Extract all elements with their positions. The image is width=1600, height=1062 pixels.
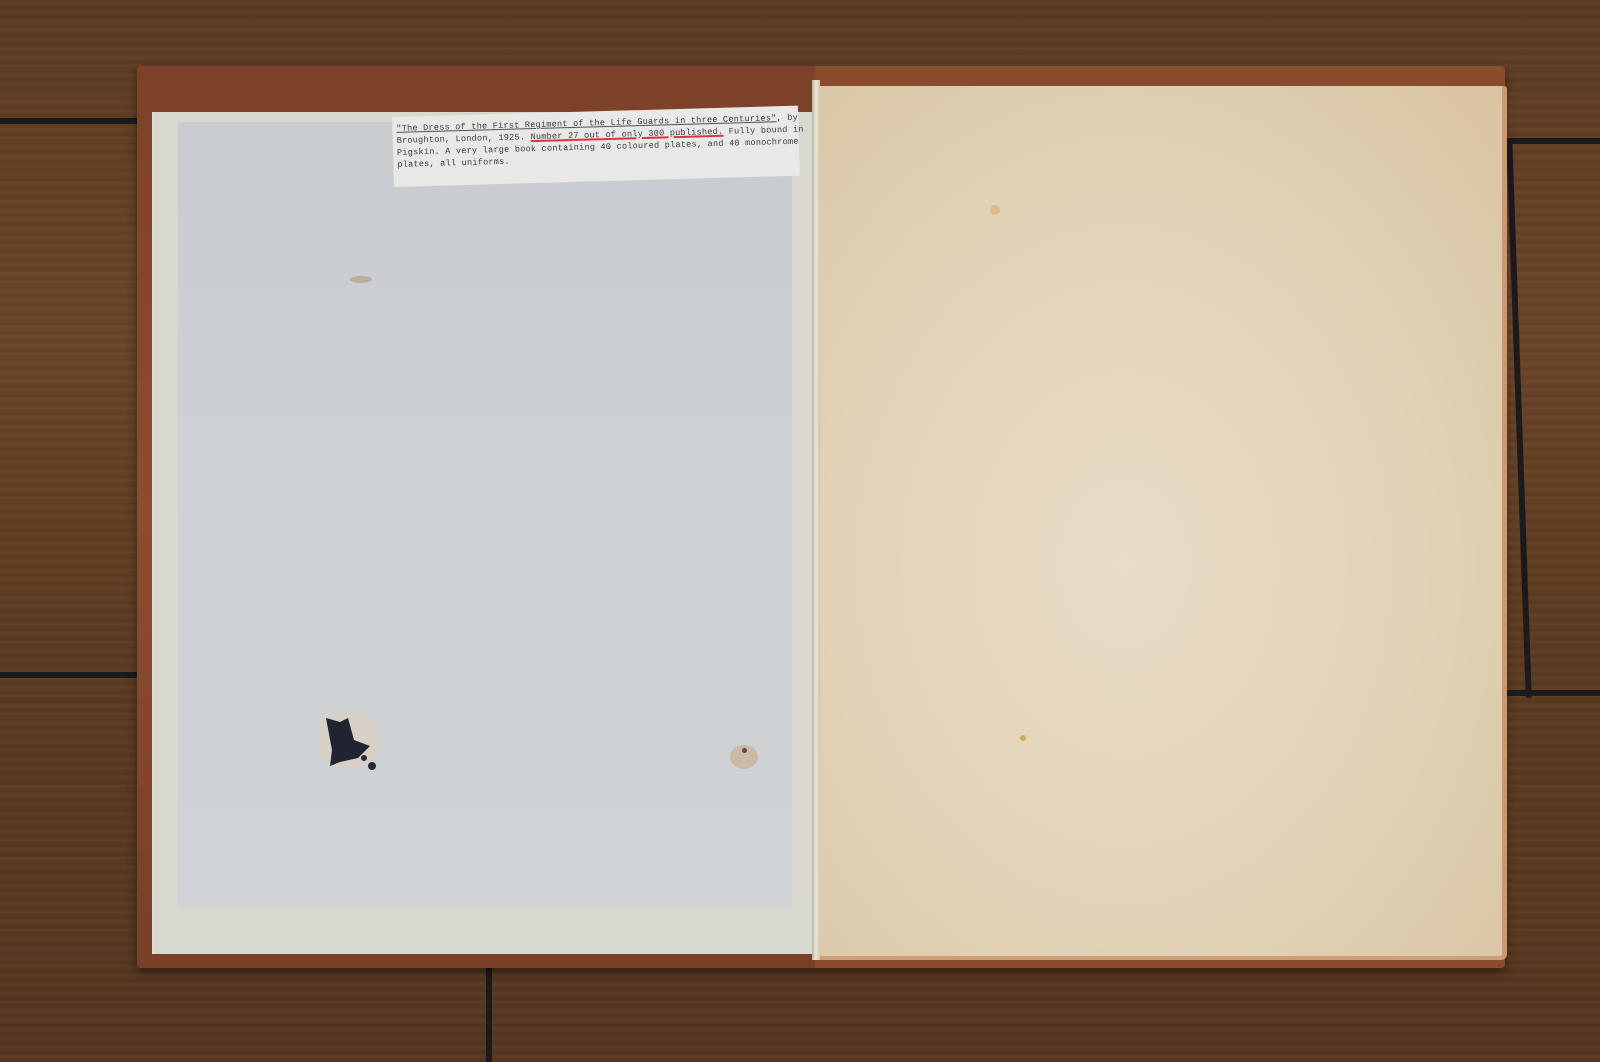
torn-patch [318,700,388,775]
plank-gap [486,968,492,1062]
plank-gap [0,672,150,678]
book-gutter [812,80,820,960]
plank-gap [1500,690,1600,696]
stain-spot [742,748,747,753]
label-byline: , by [776,113,798,124]
stain-spot [1020,735,1026,741]
flyleaf-page [815,86,1507,960]
pastedown-sheet [178,122,792,906]
stain-spot [350,276,372,283]
typed-label: "The Dress of the First Regiment of the … [392,106,800,187]
stain-spot [990,205,1000,215]
